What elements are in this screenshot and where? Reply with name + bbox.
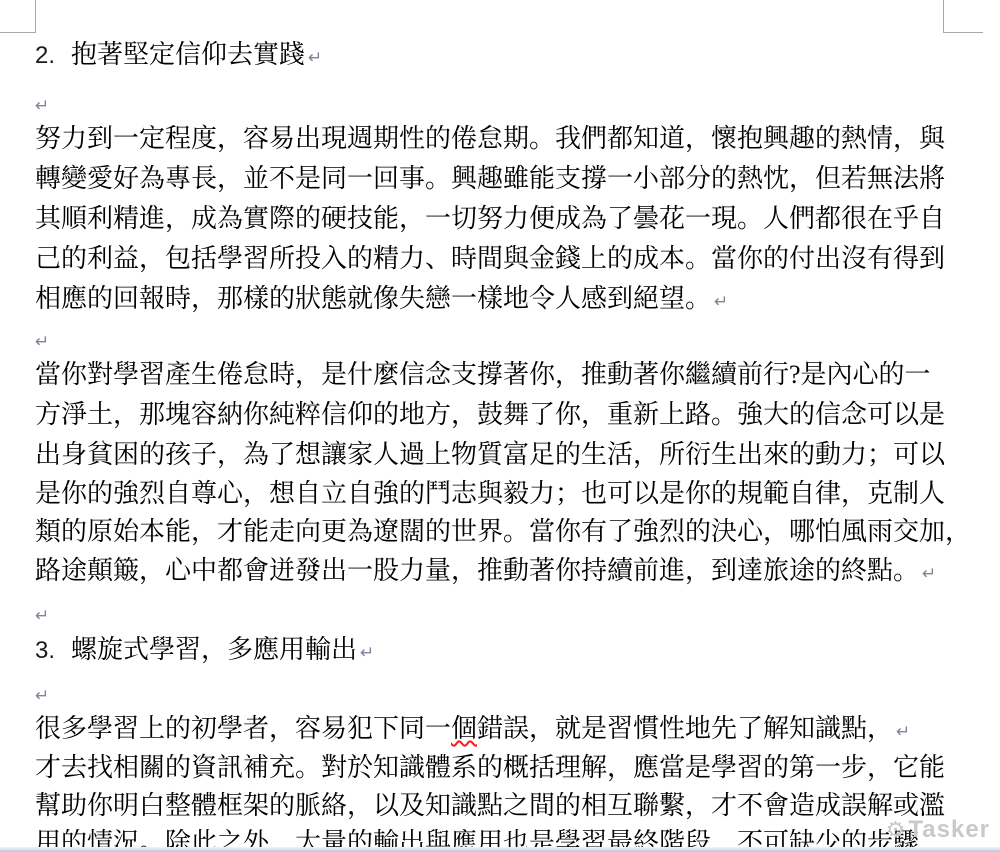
spellcheck-flagged-word[interactable]: 個 [451, 714, 477, 743]
body-line[interactable]: 當你對學習產生倦怠時，是什麼信念支撐著你，推動著你繼續前行?是內心的一 [35, 360, 931, 390]
body-text: 很多學習上的初學者，容易犯下同一 [35, 714, 451, 743]
body-text: 相應的回報時，那樣的狀態就像失戀一樣地令人感到絕望。 [35, 284, 711, 313]
body-text: 轉變愛好為專長，並不是同一回事。興趣雖能支撐一小部分的熱忱，但若無法將 [35, 164, 945, 193]
paragraph-mark-icon: ↵ [308, 48, 322, 68]
body-line[interactable]: 努力到一定程度，容易出現週期性的倦怠期。我們都知道，懷抱興趣的熱情，與 [35, 124, 945, 154]
body-line[interactable]: 出身貧困的孩子，為了想讓家人過上物質富足的生活，所衍生出來的動力；可以 [35, 440, 945, 470]
paragraph-mark-icon: ↵ [360, 643, 374, 663]
paragraph-mark-icon: ↵ [35, 332, 49, 352]
margin-boundary-mark-top-left [0, 0, 36, 33]
margin-boundary-mark-top-right [943, 0, 983, 33]
body-text: 幫助你明白整體框架的脈絡，以及知識點之間的相互聯繫，才不會造成誤解或濫 [35, 791, 945, 820]
body-text: 努力到一定程度，容易出現週期性的倦怠期。我們都知道，懷抱興趣的熱情，與 [35, 124, 945, 153]
body-line[interactable]: 是你的強烈自尊心，想自立自強的鬥志與毅力；也可以是你的規範自律，克制人 [35, 479, 945, 509]
heading-text: 螺旋式學習，多應用輸出 [71, 635, 357, 664]
body-line[interactable]: 路途顛簸，心中都會迸發出一股力量，推動著你持續前進，到達旅途的終點。↵ [35, 556, 936, 589]
body-line[interactable]: 轉變愛好為專長，並不是同一回事。興趣雖能支撐一小部分的熱忱，但若無法將 [35, 164, 945, 194]
body-text: 才去找相關的資訊補充。對於知識體系的概括理解，應當是學習的第一步，它能 [35, 753, 945, 782]
heading-text: 抱著堅定信仰去實踐 [71, 40, 305, 69]
body-text: 其順利精進，成為實際的硬技能，一切努力便成為了曇花一現。人們都很在乎自 [35, 204, 945, 233]
bottom-taskbar-edge [0, 847, 1000, 852]
heading-3[interactable]: 3.螺旋式學習，多應用輸出↵ [35, 635, 374, 668]
paragraph-mark-icon: ↵ [35, 606, 49, 626]
paragraph-mark-icon: ↵ [35, 686, 49, 706]
gear-icon: ⚙ [886, 818, 907, 843]
list-number: 3. [35, 637, 55, 664]
body-line[interactable]: 幫助你明白整體框架的脈絡，以及知識點之間的相互聯繫，才不會造成誤解或濫 [35, 791, 945, 821]
body-line[interactable]: 相應的回報時，那樣的狀態就像失戀一樣地令人感到絕望。↵ [35, 284, 728, 317]
empty-line[interactable]: ↵ [35, 598, 49, 631]
body-text: 己的利益，包括學習所投入的精力、時間與金錢上的成本。當你的付出沒有得到 [35, 244, 945, 273]
empty-line[interactable]: ↵ [35, 324, 49, 357]
document-page[interactable]: 2.抱著堅定信仰去實踐↵ ↵ 努力到一定程度，容易出現週期性的倦怠期。我們都知道… [0, 0, 1000, 852]
watermark-label: Tasker [908, 816, 990, 844]
paragraph-mark-icon: ↵ [35, 96, 49, 116]
body-text: 方淨土，那塊容納你純粹信仰的地方，鼓舞了你，重新上路。強大的信念可以是 [35, 400, 945, 429]
body-line[interactable]: 很多學習上的初學者，容易犯下同一個錯誤，就是習慣性地先了解知識點，↵ [35, 714, 910, 747]
body-line[interactable]: 才去找相關的資訊補充。對於知識體系的概括理解，應當是學習的第一步，它能 [35, 753, 945, 783]
body-text: 類的原始本能，才能走向更為遼闊的世界。當你有了強烈的決心，哪怕風雨交加， [35, 517, 971, 546]
body-text: 當你對學習產生倦怠時，是什麼信念支撐著你，推動著你繼續前行?是內心的一 [35, 360, 931, 389]
body-line[interactable]: 方淨土，那塊容納你純粹信仰的地方，鼓舞了你，重新上路。強大的信念可以是 [35, 400, 945, 430]
paragraph-mark-icon: ↵ [922, 564, 936, 584]
watermark: ⚙Tasker [886, 816, 990, 844]
body-line[interactable]: 己的利益，包括學習所投入的精力、時間與金錢上的成本。當你的付出沒有得到 [35, 244, 945, 274]
empty-line[interactable]: ↵ [35, 678, 49, 711]
body-text: 錯誤，就是習慣性地先了解知識點， [477, 714, 893, 743]
paragraph-mark-icon: ↵ [896, 722, 910, 742]
body-text: 路途顛簸，心中都會迸發出一股力量，推動著你持續前進，到達旅途的終點。 [35, 556, 919, 585]
body-text: 是你的強烈自尊心，想自立自強的鬥志與毅力；也可以是你的規範自律，克制人 [35, 479, 945, 508]
body-text: 出身貧困的孩子，為了想讓家人過上物質富足的生活，所衍生出來的動力；可以 [35, 440, 945, 469]
empty-line[interactable]: ↵ [35, 88, 49, 121]
body-line[interactable]: 其順利精進，成為實際的硬技能，一切努力便成為了曇花一現。人們都很在乎自 [35, 204, 945, 234]
list-number: 2. [35, 42, 55, 69]
paragraph-mark-icon: ↵ [714, 292, 728, 312]
heading-2[interactable]: 2.抱著堅定信仰去實踐↵ [35, 40, 322, 73]
body-line[interactable]: 類的原始本能，才能走向更為遼闊的世界。當你有了強烈的決心，哪怕風雨交加， [35, 517, 971, 547]
